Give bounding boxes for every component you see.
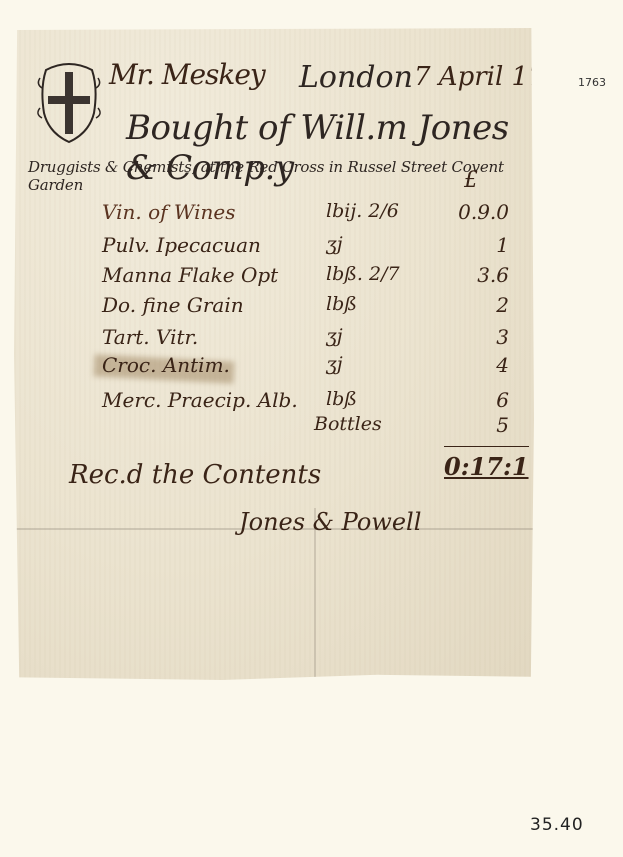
item-quantity: lbij. 2/6 [326,200,399,222]
item-quantity: lbß. 2/7 [326,263,400,285]
catalog-number: 35.40 [530,815,584,835]
item-price: 4 [394,353,509,377]
item-description: Pulv. Ipecacuan [102,233,261,257]
item-description: Merc. Praecip. Alb. [102,388,298,412]
customer-name: Mr. Meskey [109,58,265,91]
item-description: Croc. Antim. [102,353,230,377]
item-quantity: lbß [326,388,357,410]
item-quantity: lbß [326,293,357,315]
invoice-total: 0:17:1 [444,452,529,481]
place: London [299,60,413,95]
signature: Jones & Powell [239,508,421,536]
item-price: 3 [394,325,509,349]
item-price: 1 [394,233,509,257]
item-quantity: ʒj [326,353,343,375]
item-price: 3.6 [394,263,509,287]
item-price: 5 [394,413,509,437]
item-quantity: Bottles [314,413,382,435]
item-description: Vin. of Wines [102,200,235,224]
item-quantity: ʒj [326,233,343,255]
item-price: 0.9.0 [394,200,509,224]
year-annotation: 1763 [578,76,606,89]
red-cross-crest-icon [34,58,104,148]
total-rule [444,446,529,447]
item-quantity: ʒj [326,325,343,347]
receipt-note: Rec.d the Contents [69,460,321,490]
trade-line: Druggists & Chemists, at the Red Cross i… [28,158,534,194]
item-price: 6 [394,388,509,412]
invoice-paper: Mr. Meskey London 7 April 1763 Bought of… [14,28,534,680]
item-price: 2 [394,293,509,317]
item-description: Manna Flake Opt [102,263,278,287]
item-description: Tart. Vitr. [102,325,198,349]
item-description: Do. fine Grain [102,293,244,317]
currency-symbol: £ [464,168,478,193]
